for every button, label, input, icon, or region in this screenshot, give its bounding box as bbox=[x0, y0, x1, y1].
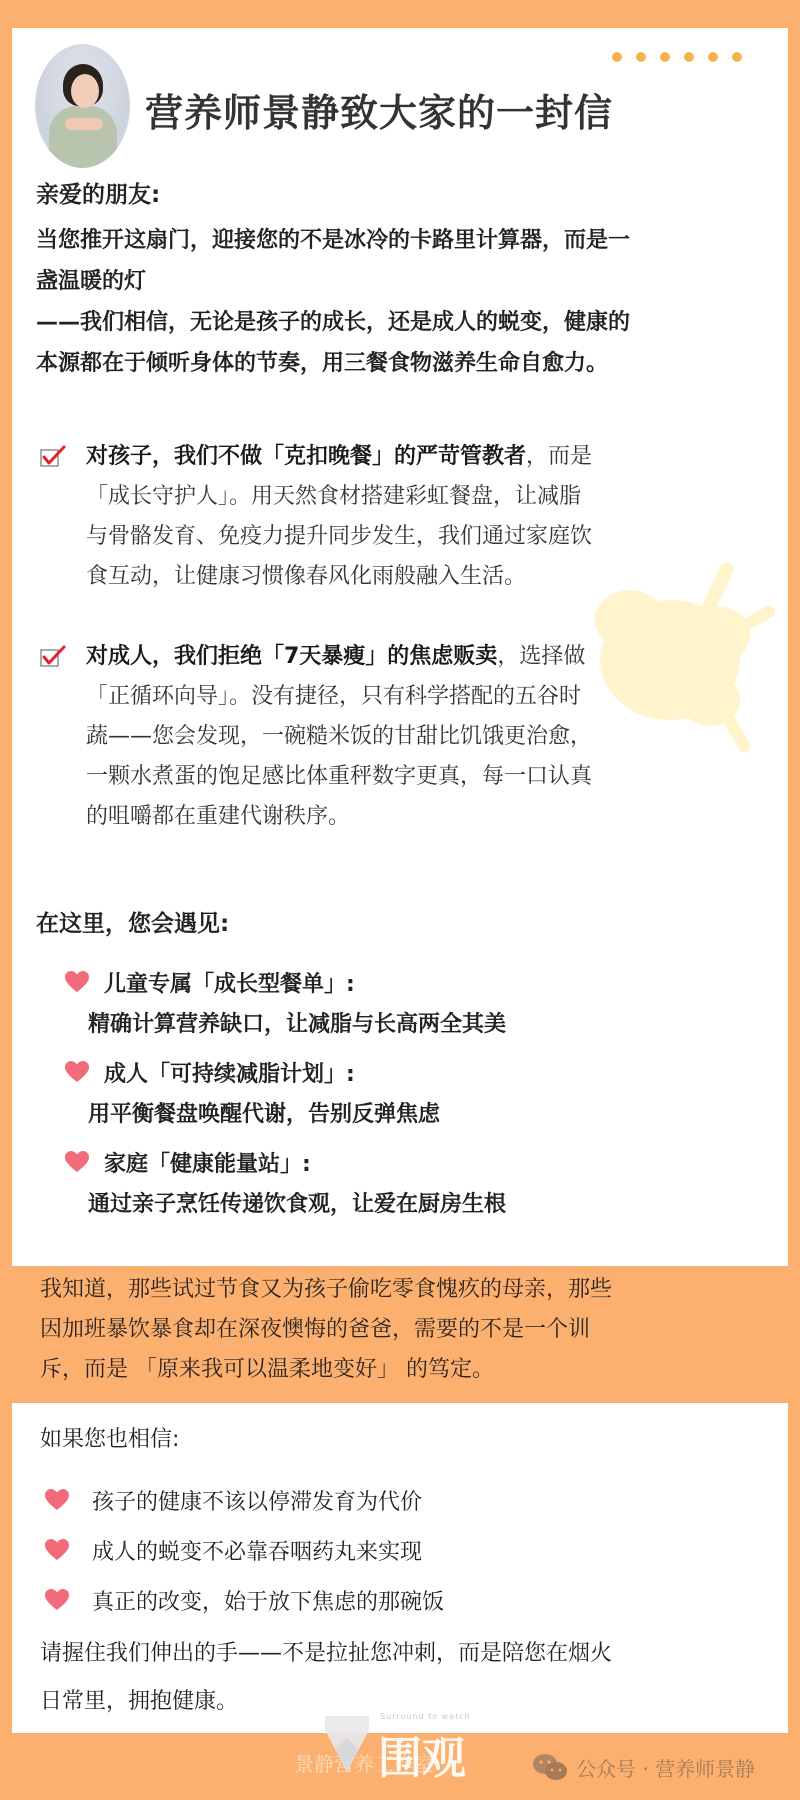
dot-icon bbox=[684, 52, 694, 62]
heart-icon bbox=[64, 1060, 90, 1084]
point-line: 食互动，让健康习惯像春风化雨般融入生活。 bbox=[86, 557, 760, 597]
account-label: 公众号 · 营养师景静 bbox=[576, 1753, 755, 1782]
heart-icon bbox=[44, 1588, 70, 1612]
watermark-text: 围观 bbox=[378, 1722, 466, 1786]
belief-item: 孩子的健康不该以停滞发育为代价 bbox=[44, 1475, 744, 1525]
belief-text: 孩子的健康不该以停滞发育为代价 bbox=[92, 1485, 422, 1516]
point-text: ，而是 bbox=[526, 444, 592, 469]
intro-line: ——我们相信，无论是孩子的成长，还是成人的蜕变，健康的 bbox=[36, 302, 766, 343]
offer-description: 用平衡餐盘唤醒代谢，告别反弹焦虑 bbox=[88, 1092, 744, 1142]
point-children: 对孩子，我们不做「克扣晚餐」的严苛管教者，而是 「成长守护人」。用天然食材搭建彩… bbox=[40, 437, 760, 597]
watermark-subtitle: Surround to watch bbox=[380, 1712, 471, 1721]
offer-item: 儿童专属「成长型餐单」: 精确计算营养缺口，让减脂与长高两全其美 bbox=[64, 962, 744, 1052]
intro-line: 本源都在于倾听身体的节奏，用三餐食物滋养生命自愈力。 bbox=[36, 343, 766, 384]
point-adults: 对成人，我们拒绝「7天暴瘦」的焦虑贩卖，选择做 「正循环向导」。没有捷径，只有科… bbox=[40, 637, 760, 837]
heart-icon bbox=[64, 970, 90, 994]
band-line: 斥，而是 「原来我可以温柔地变好」 的笃定。 bbox=[40, 1350, 760, 1390]
point-lead: 对成人，我们拒绝「7天暴瘦」的焦虑贩卖 bbox=[86, 644, 497, 669]
belief-list: 孩子的健康不该以停滞发育为代价 成人的蜕变不必靠吞咽药丸来实现 真正的改变，始于… bbox=[44, 1475, 744, 1625]
greeting: 亲爱的朋友: bbox=[36, 176, 766, 215]
point-lead: 对孩子，我们不做「克扣晚餐」的严苛管教者 bbox=[86, 444, 526, 469]
belief-text: 真正的改变，始于放下焦虑的那碗饭 bbox=[92, 1585, 444, 1616]
intro-line: 当您推开这扇门，迎接您的不是冰冷的卡路里计算器，而是一 bbox=[36, 220, 766, 261]
belief-text: 成人的蜕变不必靠吞咽药丸来实现 bbox=[92, 1535, 422, 1566]
heart-icon bbox=[44, 1538, 70, 1562]
point-line: 的咀嚼都在重建代谢秩序。 bbox=[86, 797, 760, 837]
offer-heading: 家庭「健康能量站」: bbox=[104, 1147, 311, 1178]
belief-title: 如果您也相信: bbox=[40, 1420, 179, 1460]
offer-description: 通过亲子烹饪传递饮食观，让爱在厨房生根 bbox=[88, 1182, 744, 1232]
intro-line: 盏温暖的灯 bbox=[36, 261, 766, 302]
offer-item: 家庭「健康能量站」: 通过亲子烹饪传递饮食观，让爱在厨房生根 bbox=[64, 1142, 744, 1232]
band-line: 我知道，那些试过节食又为孩子偷吃零食愧疚的母亲，那些 bbox=[40, 1270, 760, 1310]
offer-list: 儿童专属「成长型餐单」: 精确计算营养缺口，让减脂与长高两全其美 成人「可持续减… bbox=[64, 962, 744, 1232]
band-line: 因加班暴饮暴食却在深夜懊悔的爸爸，需要的不是一个训 bbox=[40, 1310, 760, 1350]
offer-heading: 儿童专属「成长型餐单」: bbox=[104, 967, 355, 998]
belief-item: 真正的改变，始于放下焦虑的那碗饭 bbox=[44, 1575, 744, 1625]
wechat-icon bbox=[532, 1752, 568, 1782]
heart-icon bbox=[64, 1150, 90, 1174]
page-title: 营养师景静致大家的一封信 bbox=[145, 82, 613, 137]
checkbox-checked-icon bbox=[40, 644, 66, 668]
dot-icon bbox=[708, 52, 718, 62]
closing-line: 请握住我们伸出的手——不是拉扯您冲刺，而是陪您在烟火 bbox=[40, 1630, 760, 1678]
decorative-dots bbox=[612, 52, 742, 62]
point-line: 「成长守护人」。用天然食材搭建彩虹餐盘，让减脂 bbox=[86, 477, 760, 517]
empathy-paragraph: 我知道，那些试过节食又为孩子偷吃零食愧疚的母亲，那些 因加班暴饮暴食却在深夜懊悔… bbox=[40, 1270, 760, 1390]
point-line: 蔬——您会发现，一碗糙米饭的甘甜比饥饿更治愈， bbox=[86, 717, 760, 757]
checkbox-checked-icon bbox=[40, 444, 66, 468]
dot-icon bbox=[612, 52, 622, 62]
dot-icon bbox=[732, 52, 742, 62]
intro-paragraph: 当您推开这扇门，迎接您的不是冰冷的卡路里计算器，而是一 盏温暖的灯 ——我们相信… bbox=[36, 220, 766, 384]
point-line: 与骨骼发育、免疫力提升同步发生，我们通过家庭饮 bbox=[86, 517, 760, 557]
point-line: 一颗水煮蛋的饱足感比体重秤数字更真，每一口认真 bbox=[86, 757, 760, 797]
dot-icon bbox=[636, 52, 646, 62]
heart-icon bbox=[44, 1488, 70, 1512]
point-text: ，选择做 bbox=[497, 644, 585, 669]
belief-item: 成人的蜕变不必靠吞咽药丸来实现 bbox=[44, 1525, 744, 1575]
offer-heading: 成人「可持续减脂计划」: bbox=[104, 1057, 355, 1088]
section-title-meet: 在这里，您会遇见: bbox=[36, 905, 766, 944]
offer-item: 成人「可持续减脂计划」: 用平衡餐盘唤醒代谢，告别反弹焦虑 bbox=[64, 1052, 744, 1142]
wechat-account: 公众号 · 营养师景静 bbox=[532, 1752, 755, 1782]
dot-icon bbox=[660, 52, 670, 62]
author-avatar bbox=[35, 44, 130, 168]
offer-description: 精确计算营养缺口，让减脂与长高两全其美 bbox=[88, 1002, 744, 1052]
point-line: 「正循环向导」。没有捷径，只有科学搭配的五谷时 bbox=[86, 677, 760, 717]
